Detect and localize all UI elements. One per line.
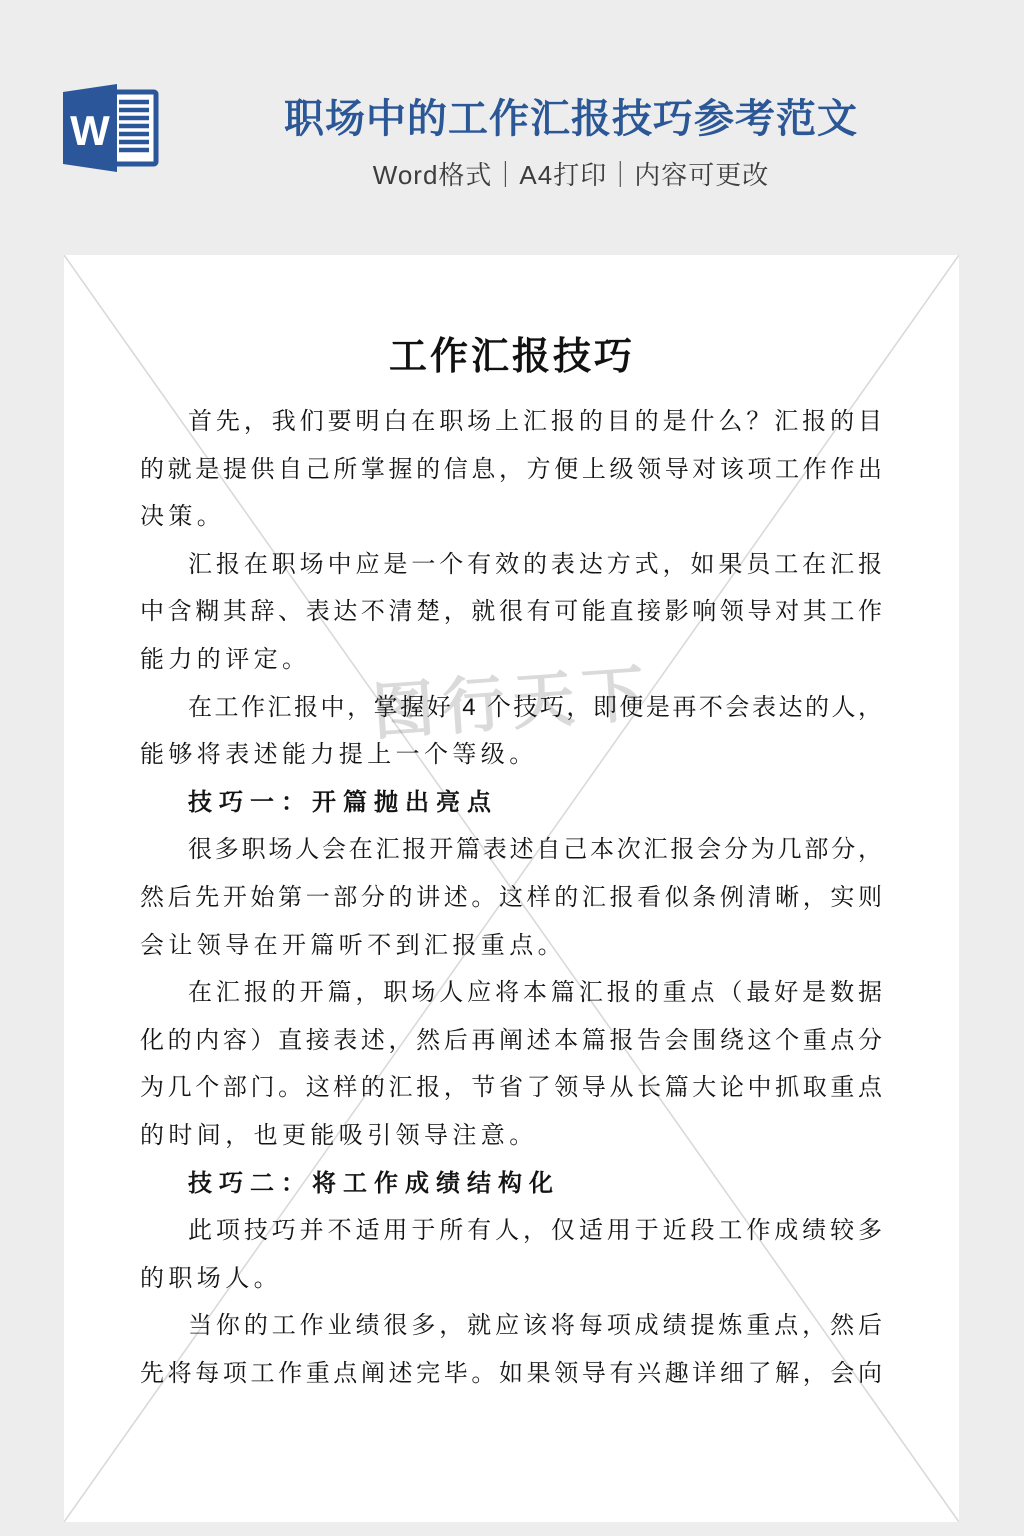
header-text-group: 职场中的工作汇报技巧参考范文 Word格式｜A4打印｜内容可更改 bbox=[118, 96, 1024, 192]
body-paragraph-line: 此项技巧并不适用于所有人，仅适用于近段工作成绩较多 bbox=[140, 1207, 884, 1255]
document-title: 工作汇报技巧 bbox=[140, 332, 884, 382]
template-title: 职场中的工作汇报技巧参考范文 bbox=[118, 96, 1024, 142]
body-paragraph-line: 的就是提供自己所掌握的信息，方便上级领导对该项工作作出 bbox=[140, 446, 884, 494]
section-heading: 技巧一：开篇抛出亮点 bbox=[140, 779, 884, 827]
body-paragraph-line: 汇报在职场中应是一个有效的表达方式，如果员工在汇报 bbox=[140, 541, 884, 589]
body-paragraph-line: 化的内容）直接表述，然后再阐述本篇报告会围绕这个重点分 bbox=[140, 1017, 884, 1065]
body-paragraph-line: 为几个部门。这样的汇报，节省了领导从长篇大论中抓取重点 bbox=[140, 1064, 884, 1112]
body-paragraph-line: 能力的评定。 bbox=[140, 636, 884, 684]
template-subtitle: Word格式｜A4打印｜内容可更改 bbox=[118, 155, 1024, 192]
document-page: 图行天下 工作汇报技巧 首先，我们要明白在职场上汇报的目的是什么？汇报的目的就是… bbox=[64, 255, 959, 1522]
body-paragraph-line: 当你的工作业绩很多，就应该将每项成绩提炼重点，然后 bbox=[140, 1302, 884, 1350]
body-paragraph-line: 首先，我们要明白在职场上汇报的目的是什么？汇报的目 bbox=[140, 398, 884, 446]
template-header: W 职场中的工作汇报技巧参考范文 Word格式｜A4打印｜内容可更改 bbox=[0, 0, 1024, 255]
svg-text:W: W bbox=[70, 107, 110, 154]
body-paragraph-line: 很多职场人会在汇报开篇表述自己本次汇报会分为几部分， bbox=[140, 826, 884, 874]
body-paragraph-line: 在工作汇报中，掌握好 4 个技巧，即便是再不会表达的人， bbox=[140, 684, 884, 732]
screenshot-root: W 职场中的工作汇报技巧参考范文 Word格式｜A4打印｜内容可更改 图行天下 … bbox=[0, 0, 1024, 1536]
body-paragraph-line: 的时间，也更能吸引领导注意。 bbox=[140, 1112, 884, 1160]
section-heading: 技巧二：将工作成绩结构化 bbox=[140, 1160, 884, 1208]
body-paragraph-line: 中含糊其辞、表达不清楚，就很有可能直接影响领导对其工作 bbox=[140, 588, 884, 636]
body-paragraph-line: 能够将表述能力提上一个等级。 bbox=[140, 731, 884, 779]
body-paragraph-line: 决策。 bbox=[140, 493, 884, 541]
body-paragraph-line: 会让领导在开篇听不到汇报重点。 bbox=[140, 922, 884, 970]
body-paragraph-line: 的职场人。 bbox=[140, 1255, 884, 1303]
body-paragraph-line: 在汇报的开篇，职场人应将本篇汇报的重点（最好是数据 bbox=[140, 969, 884, 1017]
body-paragraph-line: 先将每项工作重点阐述完毕。如果领导有兴趣详细了解，会向 bbox=[140, 1350, 884, 1398]
document-content: 工作汇报技巧 首先，我们要明白在职场上汇报的目的是什么？汇报的目的就是提供自己所… bbox=[64, 255, 959, 1397]
body-paragraph-line: 然后先开始第一部分的讲述。这样的汇报看似条例清晰，实则 bbox=[140, 874, 884, 922]
document-body: 首先，我们要明白在职场上汇报的目的是什么？汇报的目的就是提供自己所掌握的信息，方… bbox=[140, 398, 884, 1397]
